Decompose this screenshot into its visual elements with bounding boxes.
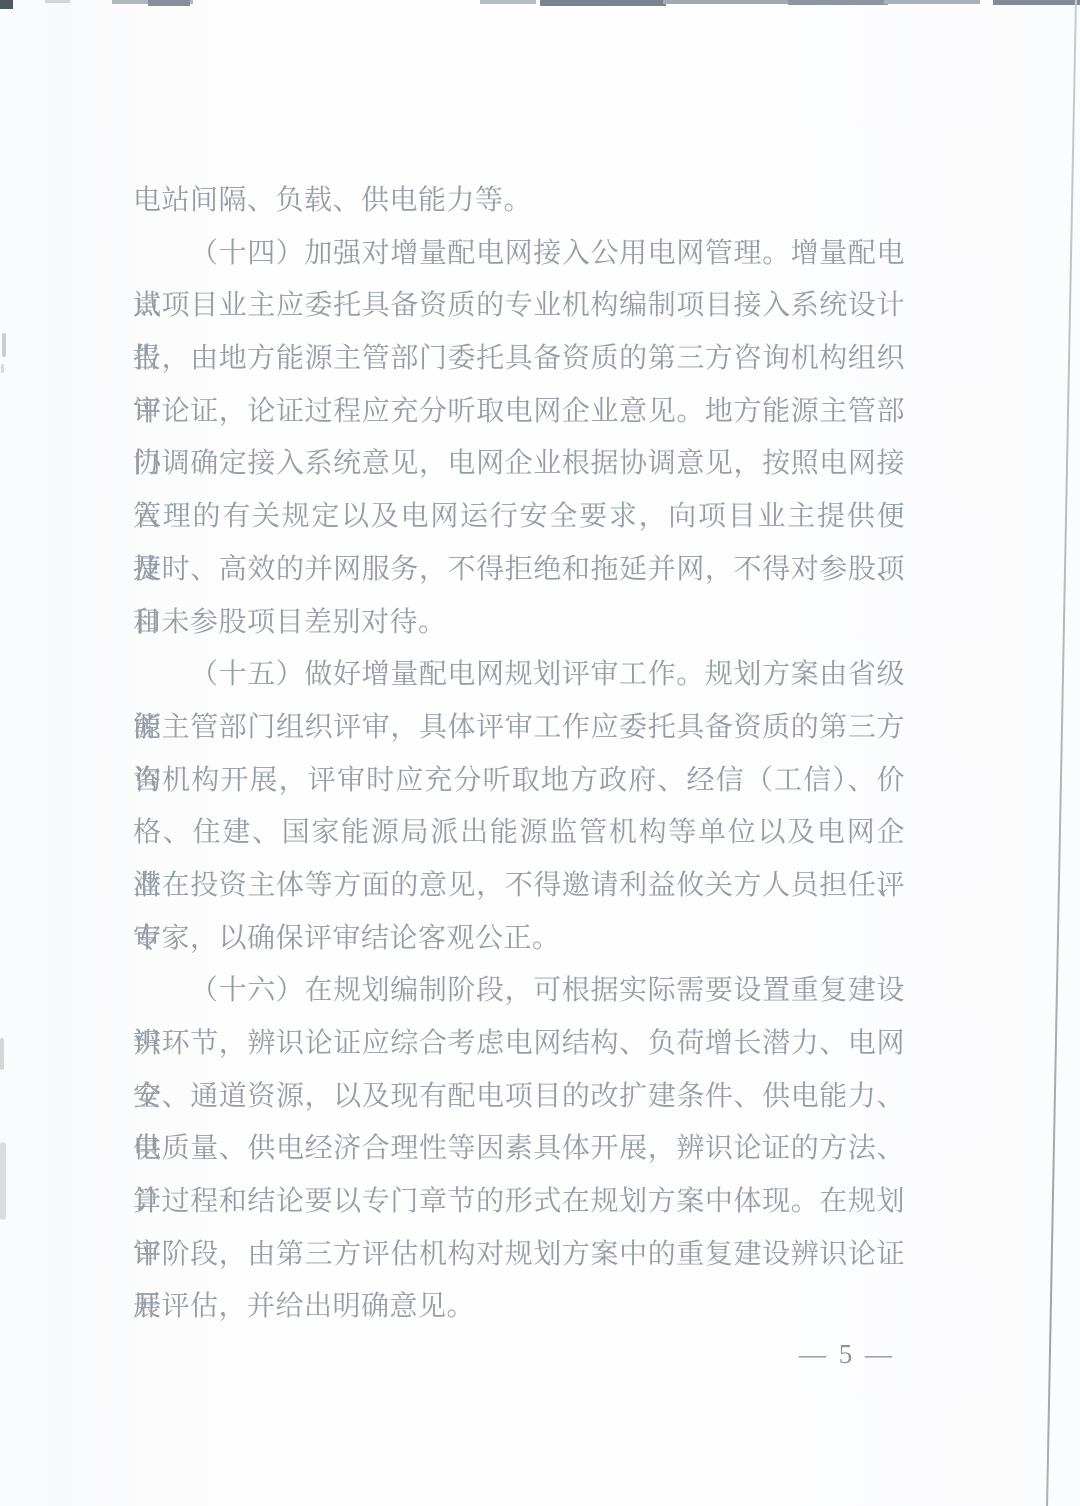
text-line: 展评估，并给出明确意见。	[133, 1281, 905, 1334]
text-line: 管理的有关规定以及电网运行安全要求，向项目业主提供便捷、	[133, 491, 905, 544]
text-line: 审阶段，由第三方评估机构对规划方案中的重复建设辨识论证开	[133, 1229, 905, 1282]
scan-mark-left	[2, 333, 6, 357]
scan-mark-left	[0, 1038, 4, 1070]
text-line: 询机构开展，评审时应充分听取地方政府、经信（工信）、价	[133, 755, 905, 808]
scan-smudge	[148, 0, 190, 6]
text-line: 潜在投资主体等方面的意见，不得邀请利益攸关方人员担任评审	[133, 860, 905, 913]
document-body: 电站间隔、负载、供电能力等。 （十四）加强对增量配电网接入公用电网管理。增量配电…	[133, 175, 905, 1334]
text-line: （十五）做好增量配电网规划评审工作。规划方案由省级能	[133, 649, 905, 702]
text-line: 审论证，论证过程应充分听取电网企业意见。地方能源主管部门	[133, 386, 905, 439]
text-line: 全、通道资源，以及现有配电项目的改扩建条件、供电能力、供	[133, 1071, 905, 1124]
paragraph-item-14: （十四）加强对增量配电网接入公用电网管理。增量配电试 点项目业主应委托具备资质的…	[133, 228, 905, 650]
text-line: 专家，以确保评审结论客观公正。	[133, 913, 905, 966]
scan-smudge	[884, 0, 980, 4]
text-line: 点项目业主应委托具备资质的专业机构编制项目接入系统设计报	[133, 280, 905, 333]
scan-mark-left	[1, 364, 4, 373]
scan-smudge	[663, 0, 788, 4]
scan-smudge	[993, 0, 1080, 5]
text-line: 及时、高效的并网服务，不得拒绝和拖延并网，不得对参股项目	[133, 544, 905, 597]
scan-smudge	[480, 0, 536, 4]
page-number: — 5 —	[133, 1334, 895, 1374]
page-edge-scan-line	[1046, 0, 1077, 1506]
text-line: 算过程和结论要以专门章节的形式在规划方案中体现。在规划评	[133, 1176, 905, 1229]
text-line: （十四）加强对增量配电网接入公用电网管理。增量配电试	[133, 228, 905, 281]
text-line: （十六）在规划编制阶段，可根据实际需要设置重复建设辨	[133, 965, 905, 1018]
text-line: 电站间隔、负载、供电能力等。	[133, 175, 905, 228]
paragraph-continuation: 电站间隔、负载、供电能力等。	[133, 175, 905, 228]
text-line: 识环节，辨识论证应综合考虑电网结构、负荷增长潜力、电网安	[133, 1018, 905, 1071]
text-line: 电质量、供电经济合理性等因素具体开展，辨识论证的方法、计	[133, 1123, 905, 1176]
text-line: 源主管部门组织评审，具体评审工作应委托具备资质的第三方咨	[133, 702, 905, 755]
text-line: 协调确定接入系统意见，电网企业根据协调意见，按照电网接入	[133, 438, 905, 491]
text-line: 格、住建、国家能源局派出能源监管机构等单位以及电网企业、	[133, 807, 905, 860]
scan-mark-left	[0, 1142, 6, 1220]
scanned-document-page: 电站间隔、负载、供电能力等。 （十四）加强对增量配电网接入公用电网管理。增量配电…	[0, 0, 1080, 1506]
scan-smudge	[45, 0, 70, 3]
paragraph-item-15: （十五）做好增量配电网规划评审工作。规划方案由省级能 源主管部门组织评审，具体评…	[133, 649, 905, 965]
scan-smudge	[788, 0, 888, 5]
scan-smudge	[540, 0, 666, 6]
text-line: 和未参股项目差别对待。	[133, 597, 905, 650]
text-line: 告，由地方能源主管部门委托具备资质的第三方咨询机构组织评	[133, 333, 905, 386]
scan-smudge-corner	[0, 0, 13, 9]
paragraph-item-16: （十六）在规划编制阶段，可根据实际需要设置重复建设辨 识环节，辨识论证应综合考虑…	[133, 965, 905, 1334]
